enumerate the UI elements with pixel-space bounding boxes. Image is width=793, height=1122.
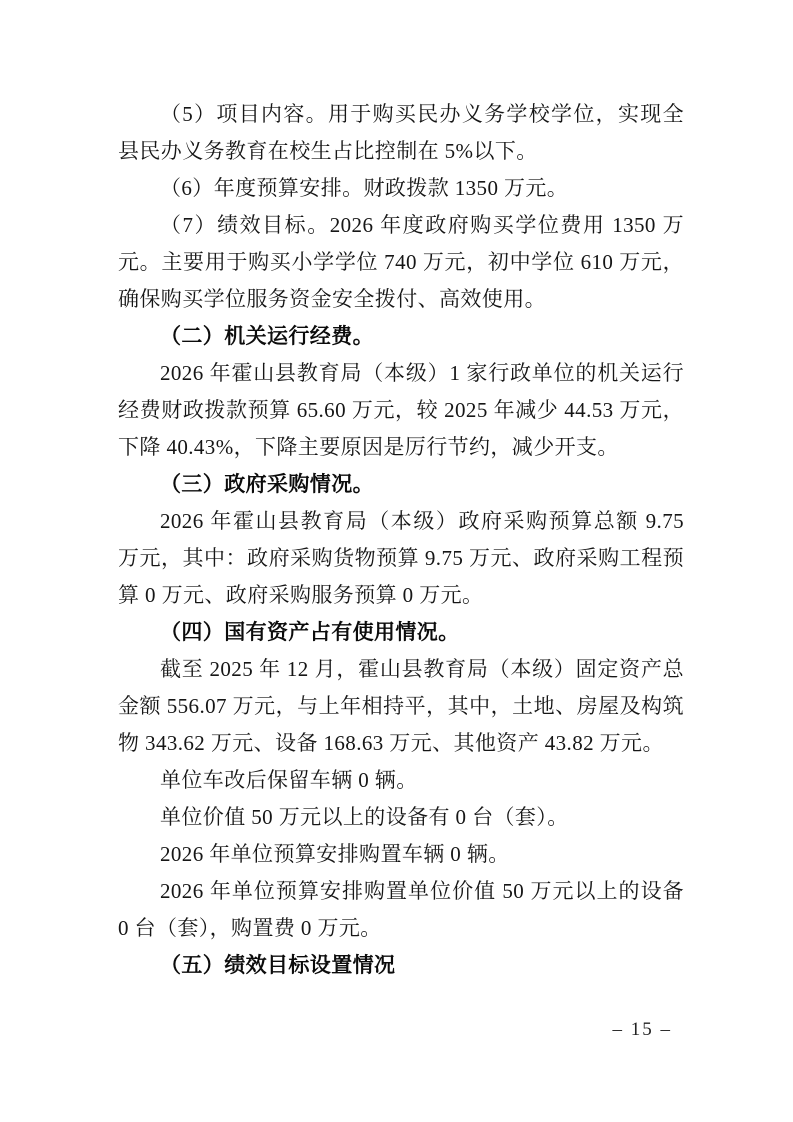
paragraph: 单位车改后保留车辆 0 辆。 [118,762,684,799]
document-body: （5）项目内容。用于购买民办义务学校学位，实现全县民办义务教育在校生占比控制在 … [118,96,684,984]
paragraph: 2026 年单位预算安排购置车辆 0 辆。 [118,836,684,873]
section-heading: （四）国有资产占有使用情况。 [118,614,684,651]
paragraph: （5）项目内容。用于购买民办义务学校学位，实现全县民办义务教育在校生占比控制在 … [118,96,684,170]
document-page: （5）项目内容。用于购买民办义务学校学位，实现全县民办义务教育在校生占比控制在 … [0,0,793,1122]
paragraph: （6）年度预算安排。财政拨款 1350 万元。 [118,170,684,207]
section-heading: （三）政府采购情况。 [118,466,684,503]
section-heading: （五）绩效目标设置情况 [118,947,684,984]
paragraph: 截至 2025 年 12 月，霍山县教育局（本级）固定资产总金额 556.07 … [118,651,684,762]
paragraph: 2026 年霍山县教育局（本级）政府采购预算总额 9.75 万元，其中：政府采购… [118,503,684,614]
paragraph: 2026 年单位预算安排购置单位价值 50 万元以上的设备 0 台（套），购置费… [118,873,684,947]
paragraph: 单位价值 50 万元以上的设备有 0 台（套）。 [118,799,684,836]
page-number: – 15 – [613,1019,673,1041]
section-heading: （二）机关运行经费。 [118,318,684,355]
paragraph: （7）绩效目标。2026 年度政府购买学位费用 1350 万元。主要用于购买小学… [118,207,684,318]
paragraph: 2026 年霍山县教育局（本级）1 家行政单位的机关运行经费财政拨款预算 65.… [118,355,684,466]
